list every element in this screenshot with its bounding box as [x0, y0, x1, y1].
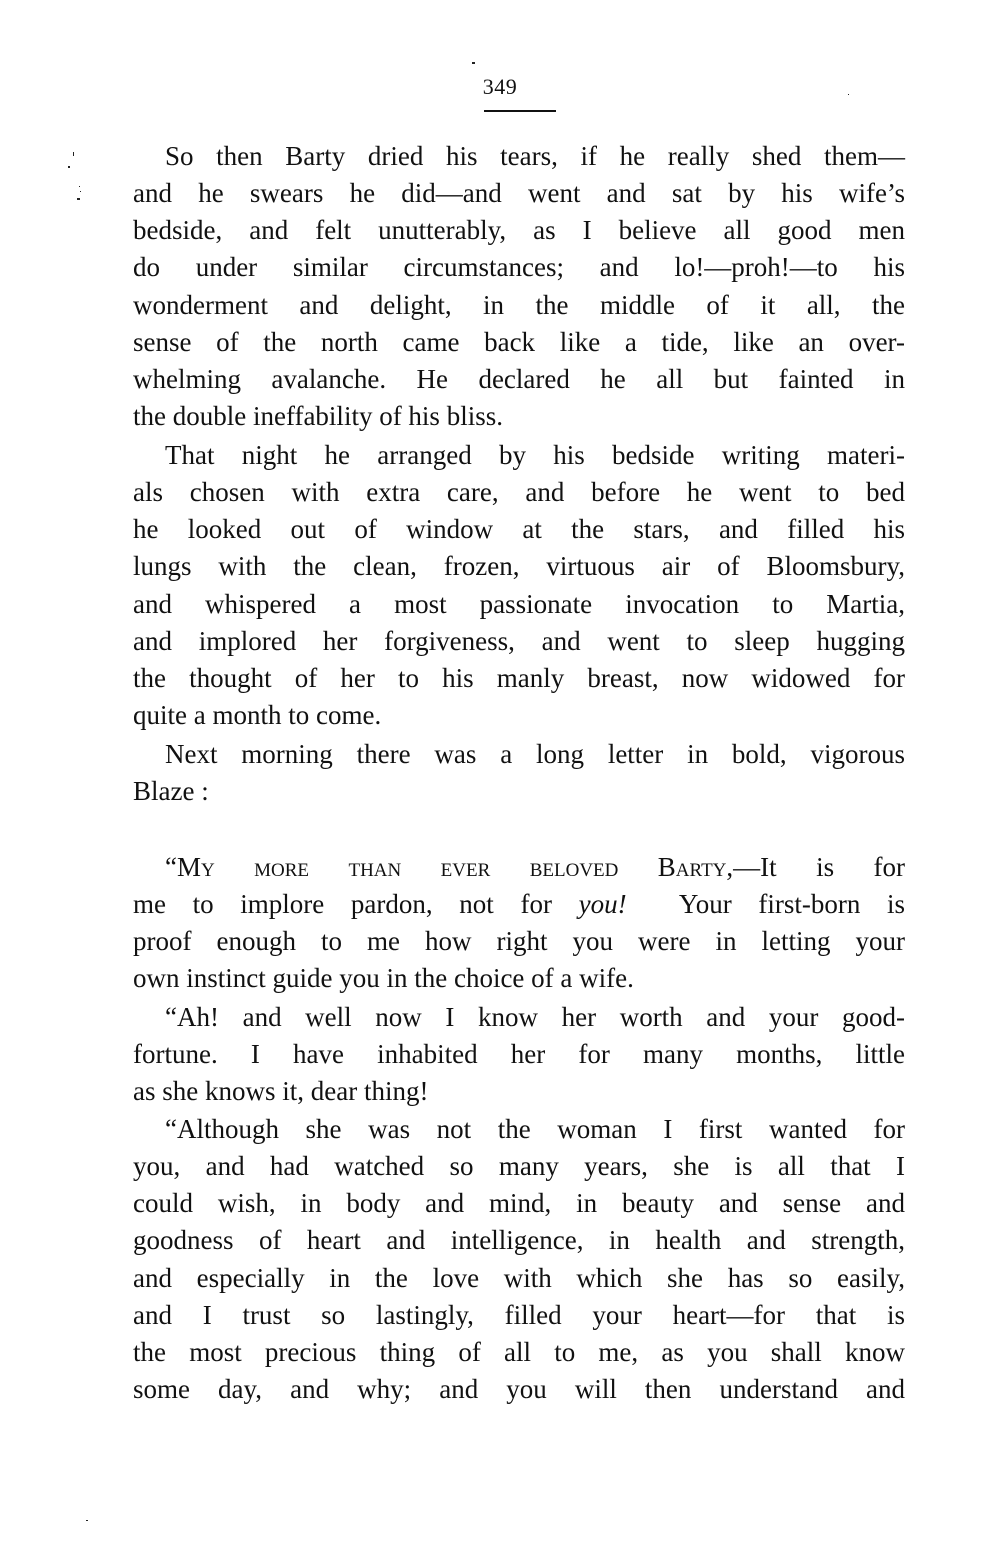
text-line: the double ineffability of his bliss.: [133, 398, 905, 435]
text-line: he looked out of window at the stars, an…: [133, 511, 905, 548]
text-line: the most precious thing of all to me, as…: [133, 1334, 905, 1371]
text-line: some day, and why; and you will then und…: [133, 1371, 905, 1408]
text-line: you, and had watched so many years, she …: [133, 1148, 905, 1185]
text-line: proof enough to me how right you were in…: [133, 923, 905, 960]
scan-speck: [848, 94, 849, 95]
text-line: “Although she was not the woman I first …: [165, 1111, 905, 1148]
text-line: and implored her forgiveness, and went t…: [133, 623, 905, 660]
text-line: and whispered a most passionate invocati…: [133, 586, 905, 623]
text-line: and I trust so lastingly, filled your he…: [133, 1297, 905, 1334]
scan-speck: [68, 166, 70, 168]
book-page: 349 So then Barty dried his tears, if he…: [0, 0, 1000, 1564]
text-line: as she knows it, dear thing!: [133, 1073, 905, 1110]
text-line: do under similar circumstances; and lo!—…: [133, 249, 905, 286]
text-line: and he swears he did—and went and sat by…: [133, 175, 905, 212]
page-number: 349: [470, 74, 530, 100]
text-line: quite a month to come.: [133, 697, 905, 734]
text-line: wonderment and delight, in the middle of…: [133, 287, 905, 324]
scan-speck: [79, 186, 80, 187]
text-line: own instinct guide you in the choice of …: [133, 960, 905, 997]
text-line: “Ah! and well now I know her worth and y…: [165, 999, 905, 1036]
text-line: fortune. I have inhabited her for many m…: [133, 1036, 905, 1073]
text-run: Your first-born is: [627, 889, 905, 919]
text-line: sense of the north came back like a tide…: [133, 324, 905, 361]
text-line: als chosen with extra care, and before h…: [133, 474, 905, 511]
text-line: Next morning there was a long letter in …: [165, 736, 905, 773]
scan-speck: [86, 1520, 88, 1521]
text-line: me to implore pardon, not for you! Your …: [133, 886, 905, 923]
scan-speck: [73, 152, 74, 156]
scan-speck: [80, 191, 81, 192]
text-line: So then Barty dried his tears, if he rea…: [165, 138, 905, 175]
scan-speck: [77, 198, 80, 200]
text-line: whelming avalanche. He declared he all b…: [133, 361, 905, 398]
text-run: —It is for: [733, 852, 905, 882]
text-line: the thought of her to his manly breast, …: [133, 660, 905, 697]
emphasis-text: you!: [579, 889, 627, 919]
text-line: goodness of heart and intelligence, in h…: [133, 1222, 905, 1259]
scan-speck: [472, 62, 475, 64]
text-line: bedside, and felt unutterably, as I beli…: [133, 212, 905, 249]
text-line: That night he arranged by his bedside wr…: [165, 437, 905, 474]
text-run: me to implore pardon, not for: [133, 889, 579, 919]
text-line: and especially in the love with which sh…: [133, 1260, 905, 1297]
text-line: Blaze :: [133, 773, 905, 810]
letter-salutation-line: “My more than ever beloved Barty,—It is …: [165, 849, 905, 886]
page-number-rule: [484, 110, 556, 112]
text-line: lungs with the clean, frozen, virtuous a…: [133, 548, 905, 585]
text-line: could wish, in body and mind, in beauty …: [133, 1185, 905, 1222]
letter-salutation: “My more than ever beloved Barty,: [165, 852, 733, 882]
